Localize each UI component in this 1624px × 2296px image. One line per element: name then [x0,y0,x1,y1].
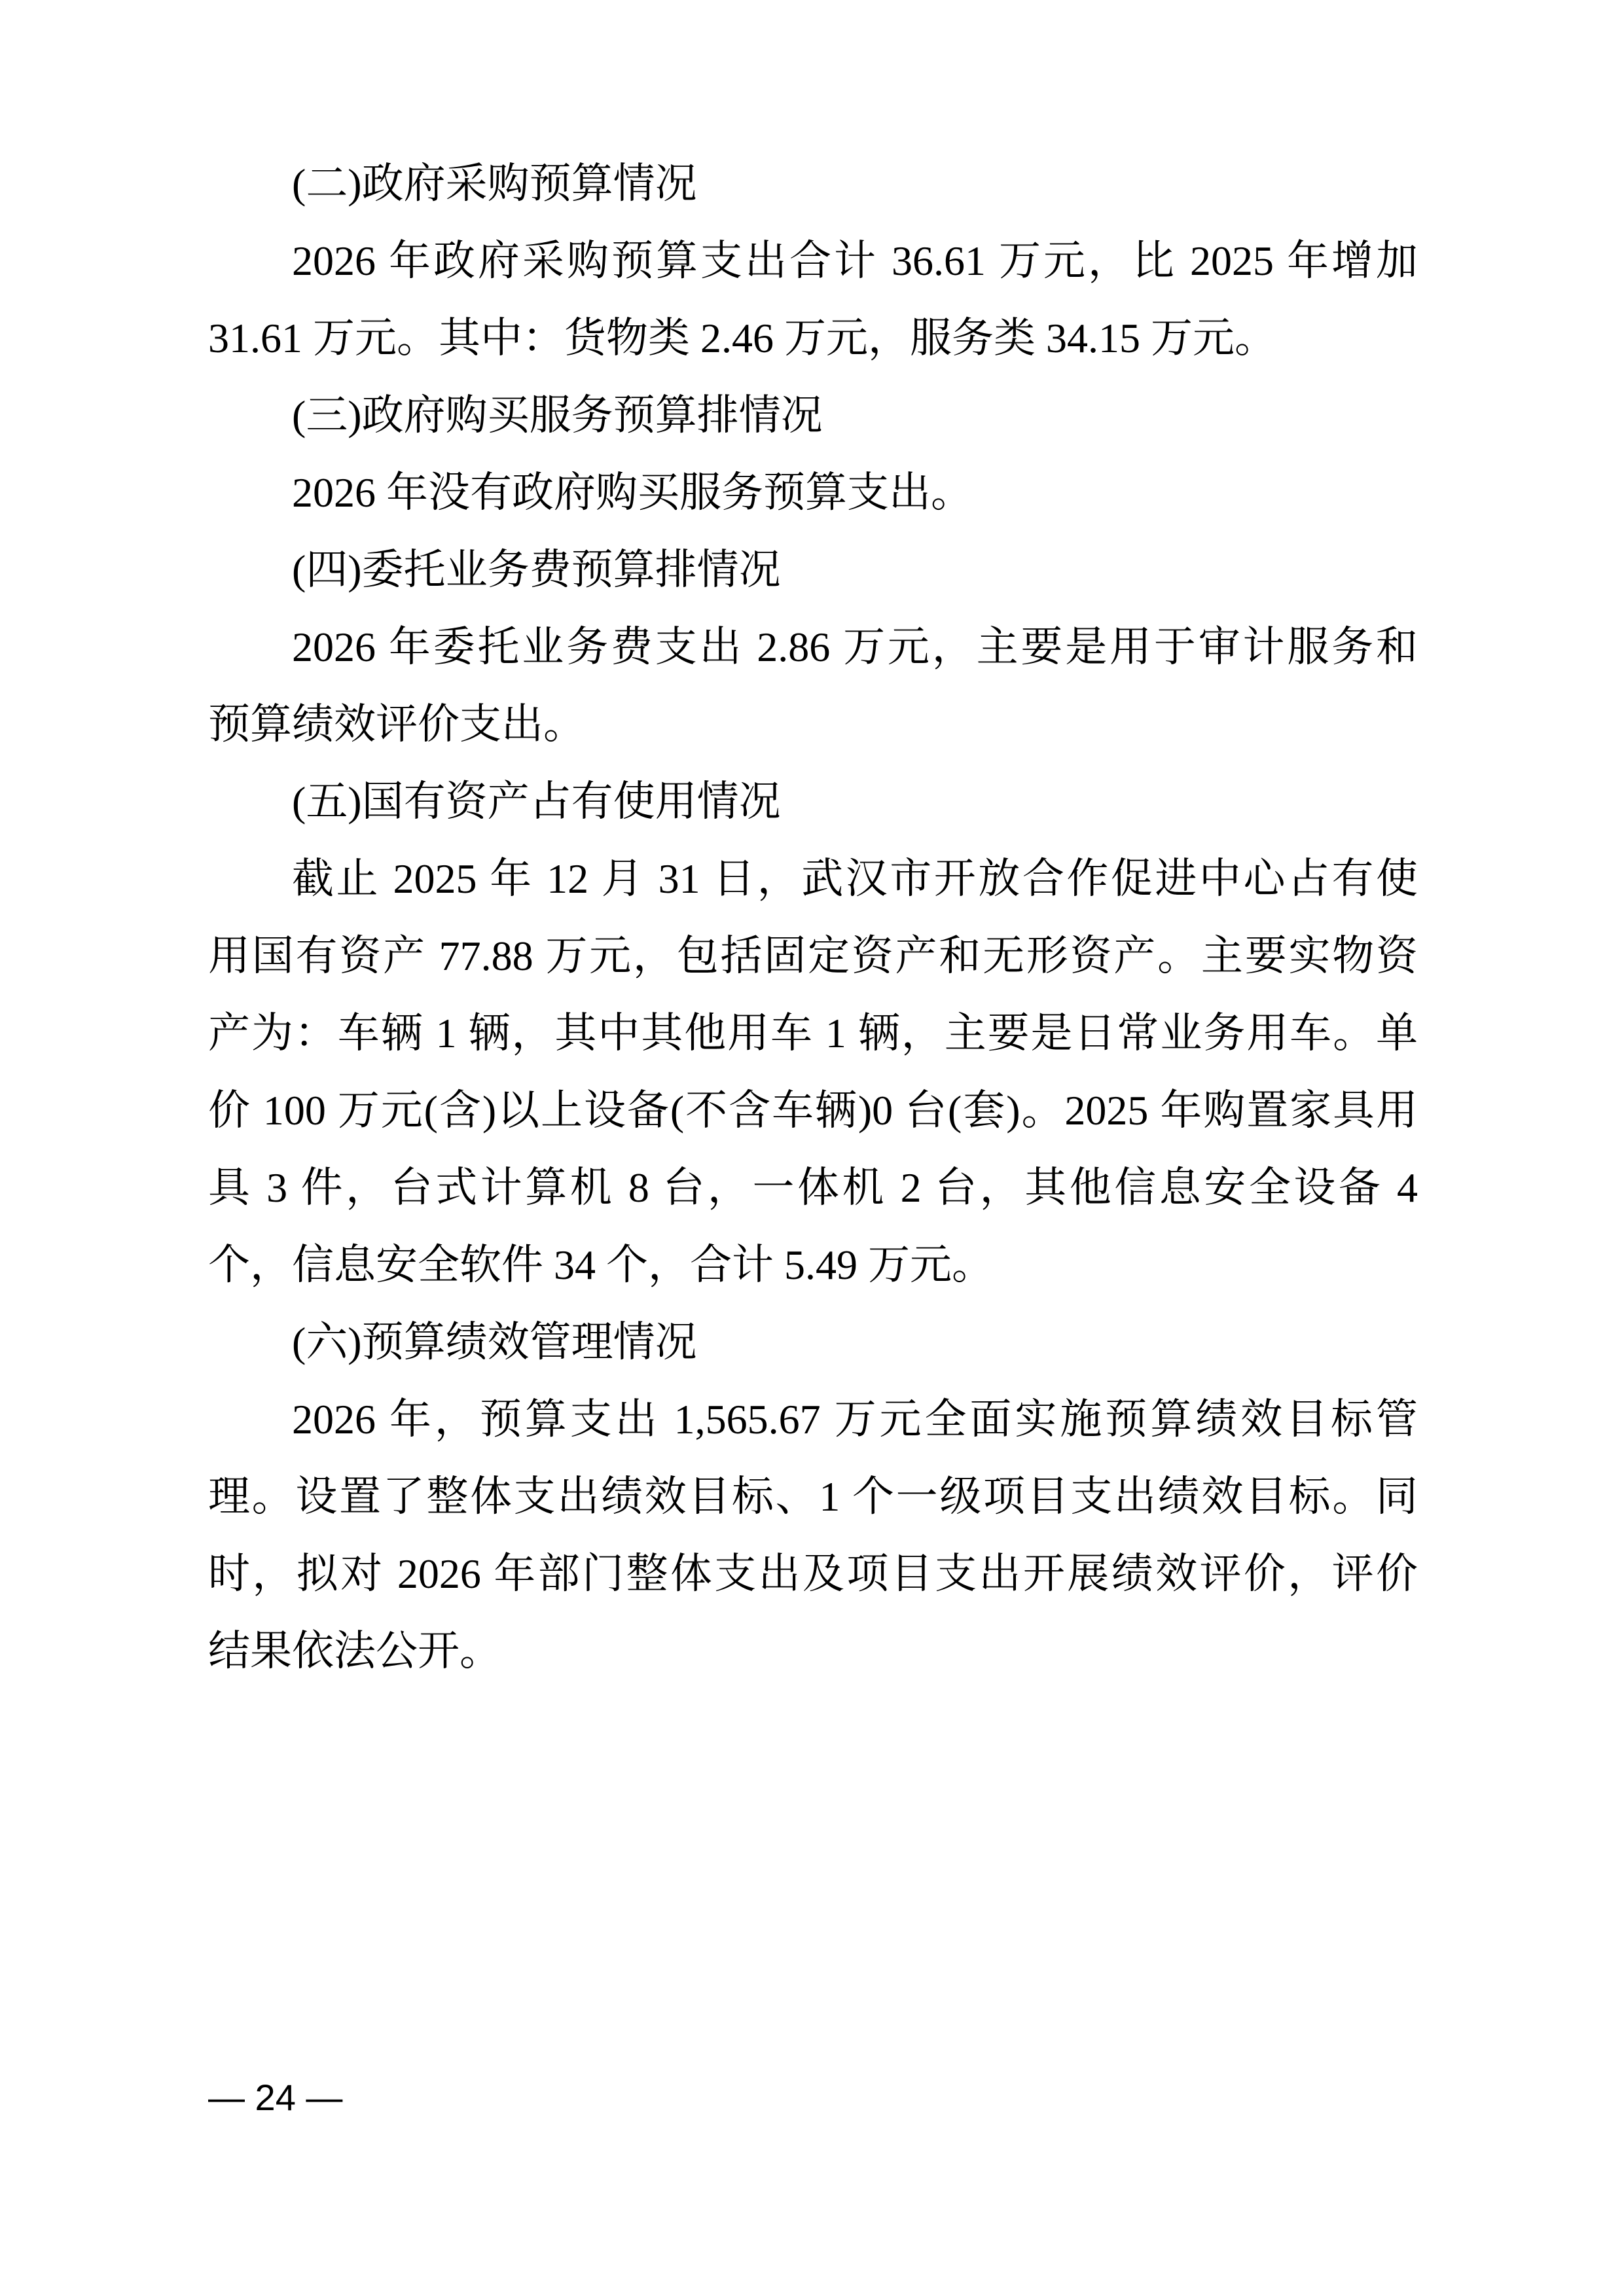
paragraph-line: 个，信息安全软件 34 个，合计 5.49 万元。 [208,1227,1418,1304]
paragraph-line: 价 100 万元(含)以上设备(不含车辆)0 台(套)。2025 年购置家具用 [208,1072,1418,1149]
paragraph-line: 理。设置了整体支出绩效目标、1 个一级项目支出绩效目标。同 [208,1458,1418,1535]
paragraph-line: 2026 年没有政府购买服务预算支出。 [208,454,1418,531]
paragraph-line: 产为：车辆 1 辆，其中其他用车 1 辆，主要是日常业务用车。单 [208,995,1418,1072]
paragraph-line: 截止 2025 年 12 月 31 日，武汉市开放合作促进中心占有使 [208,840,1418,918]
section-heading-3: (三)政府购买服务预算排情况 [208,377,1418,454]
paragraph-line: 31.61 万元。其中：货物类 2.46 万元，服务类 34.15 万元。 [208,300,1418,377]
paragraph-line: 具 3 件，台式计算机 8 台，一体机 2 台，其他信息安全设备 4 [208,1149,1418,1227]
section-heading-2: (二)政府采购预算情况 [208,145,1418,223]
section-heading-6: (六)预算绩效管理情况 [208,1304,1418,1381]
paragraph-line: 用国有资产 77.88 万元，包括固定资产和无形资产。主要实物资 [208,918,1418,995]
paragraph-line: 2026 年委托业务费支出 2.86 万元，主要是用于审计服务和 [208,609,1418,686]
paragraph-line: 结果依法公开。 [208,1613,1418,1690]
page-footer: — 24 — [208,2078,342,2117]
paragraph-line: 预算绩效评价支出。 [208,686,1418,763]
section-heading-5: (五)国有资产占有使用情况 [208,763,1418,840]
document-page: (二)政府采购预算情况 2026 年政府采购预算支出合计 36.61 万元，比 … [0,0,1624,2296]
paragraph-line: 时，拟对 2026 年部门整体支出及项目支出开展绩效评价，评价 [208,1535,1418,1613]
paragraph-line: 2026 年，预算支出 1,565.67 万元全面实施预算绩效目标管 [208,1381,1418,1458]
section-heading-4: (四)委托业务费预算排情况 [208,531,1418,609]
paragraph-line: 2026 年政府采购预算支出合计 36.61 万元，比 2025 年增加 [208,223,1418,300]
document-body: (二)政府采购预算情况 2026 年政府采购预算支出合计 36.61 万元，比 … [208,145,1418,1690]
page-number: — 24 — [208,2077,342,2118]
